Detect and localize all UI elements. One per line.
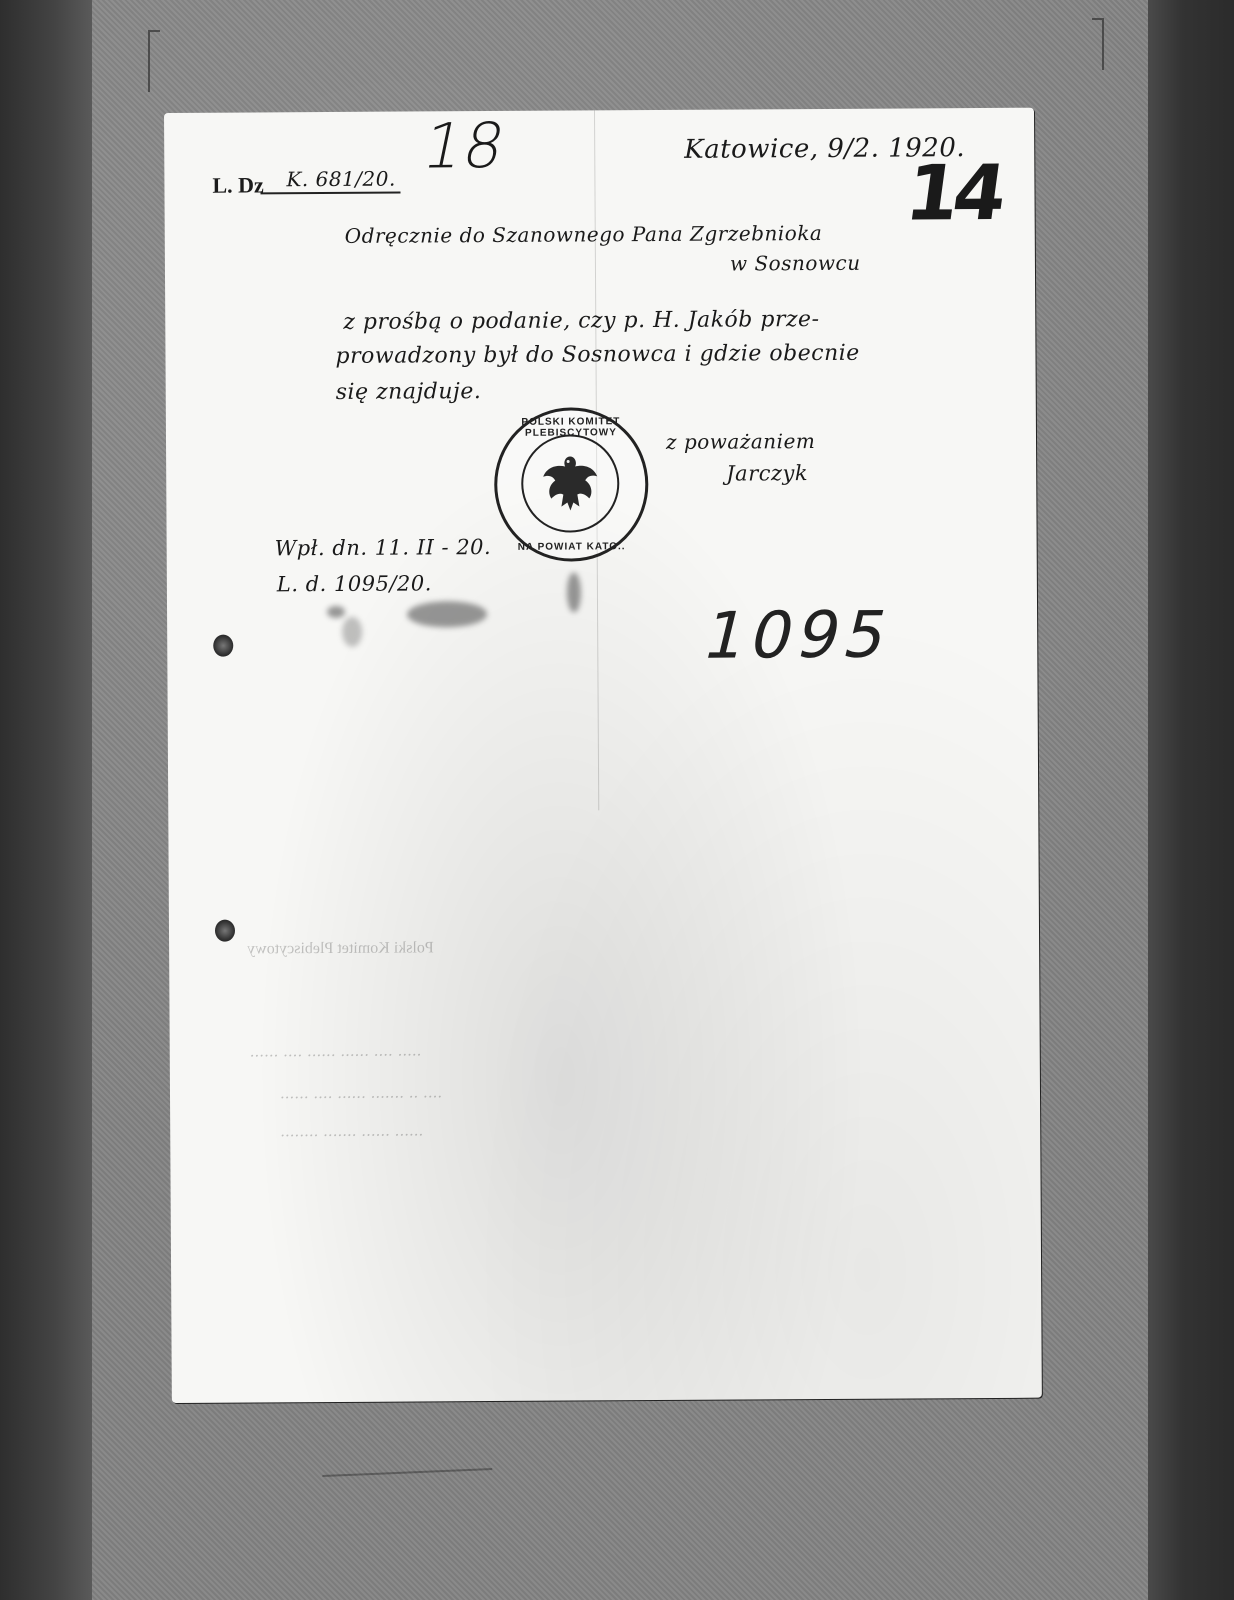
ink-smudge — [407, 601, 487, 627]
addressee-line: Odręcznie do Szanownego Pana Zgrzebnioka — [345, 221, 823, 248]
letter-sheet: L. Dz K. 681/20. 18 Katowice, 9/2. 1920.… — [164, 108, 1042, 1403]
film-edge-left — [0, 0, 92, 1600]
body-line: z prośbą o podanie, czy p. H. Jakób prze… — [343, 307, 819, 335]
folio-number-corner: 14 — [901, 148, 1007, 238]
stamp-inner-ring — [521, 434, 620, 533]
stamp-text-bottom: NA POWIAT KATO.. — [498, 541, 646, 553]
film-edge-right — [1148, 0, 1234, 1600]
bleedthrough-header: Polski Komitet Plebiscytowy — [247, 939, 434, 958]
register-underline — [260, 192, 400, 195]
bleedthrough-line: ...... .... ...... ...... .... ..... — [250, 1041, 422, 1060]
addressee-place: w Sosnowcu — [730, 251, 861, 276]
register-label: L. Dz — [212, 172, 263, 198]
ink-smudge — [567, 572, 581, 612]
punch-hole — [215, 920, 235, 942]
body-line: się znajduje. — [336, 379, 482, 405]
large-register-number: 1095 — [696, 599, 901, 674]
register-number: K. 681/20. — [286, 167, 396, 192]
corner-mark — [148, 30, 160, 92]
committee-stamp: POLSKI KOMITET PLEBISCYTOWY NA POWIAT KA… — [494, 407, 649, 562]
body-line: prowadzony był do Sosnowca i gdzie obecn… — [335, 341, 859, 369]
received-note: Wpł. dn. 11. II - 20. — [275, 535, 492, 560]
received-register: L. d. 1095/20. — [277, 571, 432, 596]
bleedthrough-line: ........ ....... ...... ...... — [280, 1121, 423, 1140]
folio-number-top: 18 — [417, 109, 512, 183]
eagle-icon — [535, 448, 605, 518]
ink-smudge — [327, 606, 345, 618]
signature: Jarczyk — [726, 461, 808, 485]
closing-salutation: z poważaniem — [666, 429, 815, 454]
ink-smudge — [342, 617, 362, 647]
bleedthrough-line: ...... .... ...... ....... .. .... — [280, 1083, 442, 1102]
corner-mark — [1092, 18, 1104, 70]
punch-hole — [213, 635, 233, 657]
